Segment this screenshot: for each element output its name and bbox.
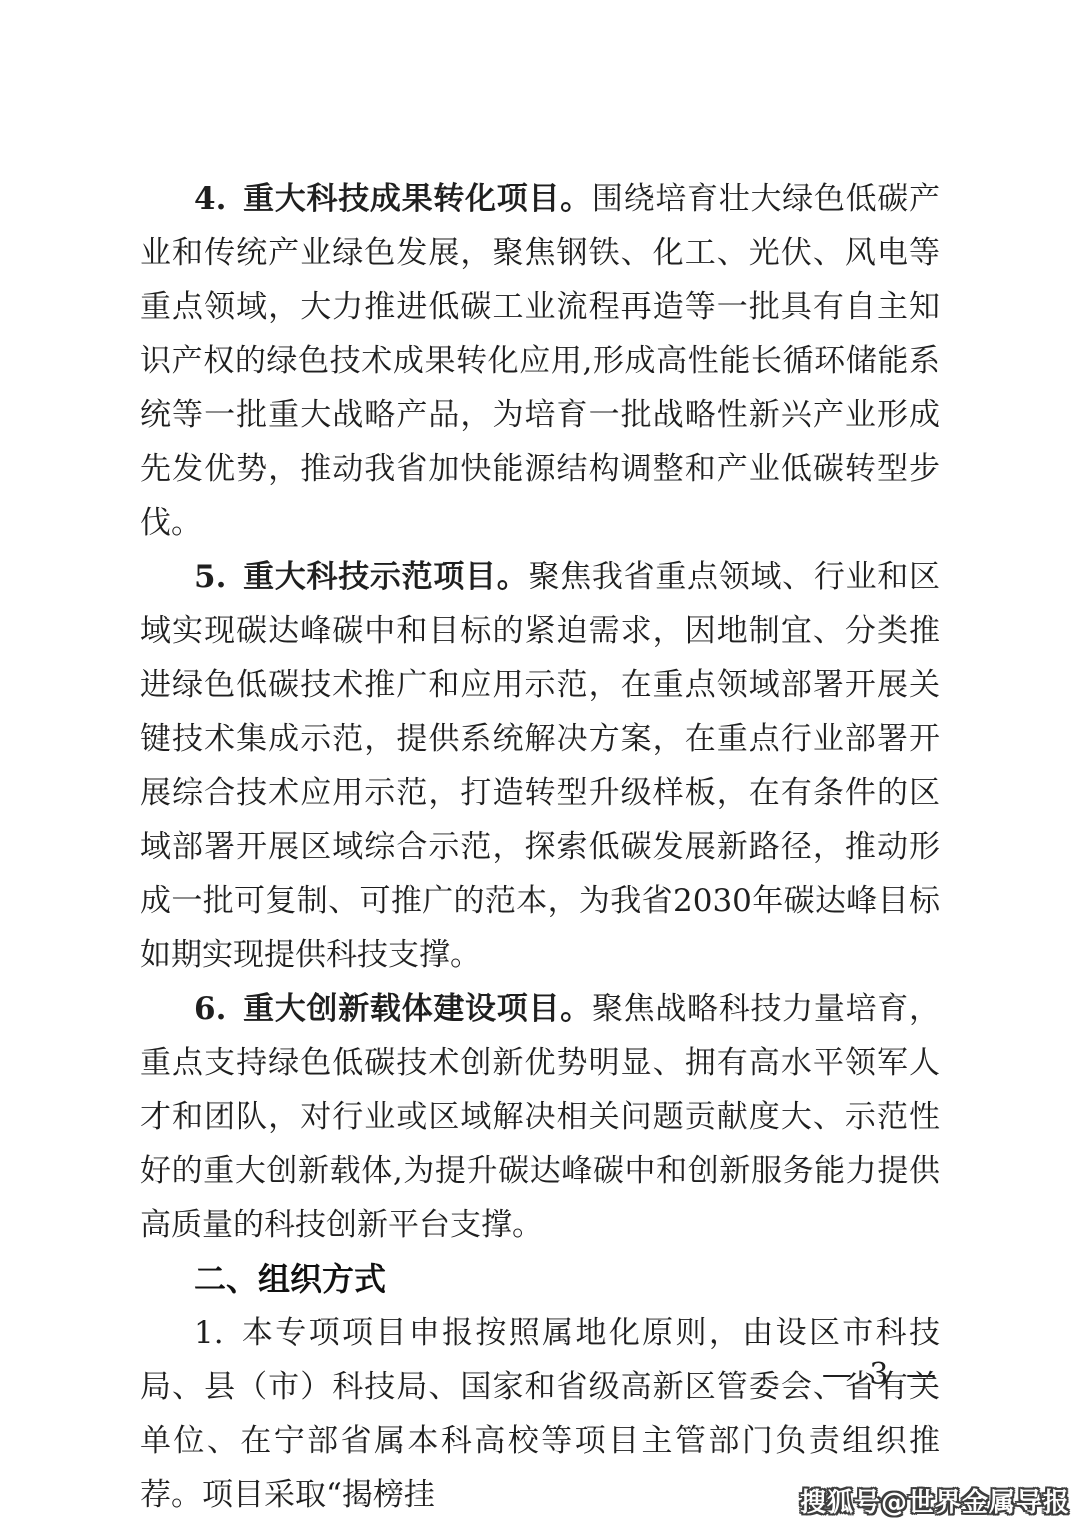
- item-5-number: 5.: [194, 559, 226, 595]
- item-4-body-text: 围绕培育壮大绿色低碳产业和传统产业绿色发展，聚焦钢铁、化工、光伏、风电等重点领域…: [140, 181, 940, 541]
- section-heading-organization: 二、组织方式: [140, 1252, 940, 1306]
- item-6-number: 6.: [194, 991, 226, 1027]
- org-item-1-number: 1.: [194, 1315, 224, 1351]
- paragraph-item-6: 6.重大创新载体建设项目。聚焦战略科技力量培育，重点支持绿色低碳技术创新优势明显…: [140, 982, 940, 1252]
- item-6-title: 重大创新载体建设项目。: [242, 991, 592, 1027]
- document-page: 4.重大科技成果转化项目。围绕培育壮大绿色低碳产业和传统产业绿色发展，聚焦钢铁、…: [0, 0, 1080, 1527]
- page-number: — 3 —: [822, 1348, 940, 1402]
- paragraph-item-5: 5.重大科技示范项目。聚焦我省重点领域、行业和区域实现碳达峰碳中和目标的紧迫需求…: [140, 550, 940, 982]
- item-5-title: 重大科技示范项目。: [242, 559, 528, 595]
- watermark-sohu-badge: 搜狐号@世界金属导报: [800, 1482, 1070, 1519]
- item-5-body-text: 聚焦我省重点领域、行业和区域实现碳达峰碳中和目标的紧迫需求，因地制宜、分类推进绿…: [140, 559, 940, 973]
- paragraph-item-4: 4.重大科技成果转化项目。围绕培育壮大绿色低碳产业和传统产业绿色发展，聚焦钢铁、…: [140, 172, 940, 550]
- item-4-title: 重大科技成果转化项目。: [242, 181, 592, 217]
- item-6-body-text: 聚焦战略科技力量培育，重点支持绿色低碳技术创新优势明显、拥有高水平领军人才和团队…: [140, 991, 940, 1243]
- document-body: 4.重大科技成果转化项目。围绕培育壮大绿色低碳产业和传统产业绿色发展，聚焦钢铁、…: [140, 172, 940, 1522]
- item-4-number: 4.: [194, 181, 226, 217]
